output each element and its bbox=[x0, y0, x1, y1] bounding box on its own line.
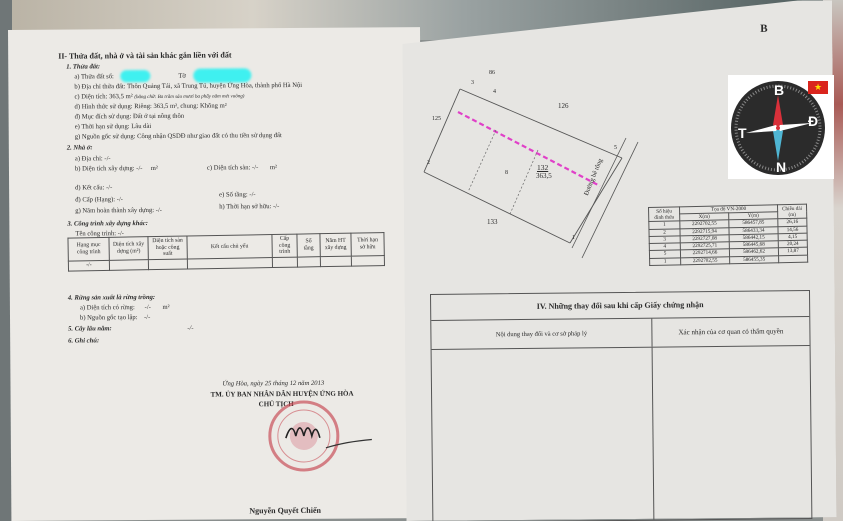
coordinate-table: Số hiệu đỉnh thửa Tọa độ VN-2000 Chiều d… bbox=[648, 204, 808, 266]
land-address: b) Địa chỉ thửa đất: Thôn Quảng Tái, xã … bbox=[74, 82, 302, 91]
changes-col-confirmation: Xác nhận của cơ quan có thẩm quyền bbox=[652, 317, 809, 347]
parcel-area: 363,5 bbox=[536, 172, 552, 180]
house-ownership-term: h) Thời hạn sở hữu: -/- bbox=[219, 203, 279, 210]
neighbor-125: 125 bbox=[432, 116, 441, 122]
land-heading: 1. Thửa đất: bbox=[66, 63, 100, 70]
other-works-heading: 3. Công trình xây dựng khác: bbox=[67, 220, 148, 228]
house-address: a) Địa chỉ: -/- bbox=[75, 155, 111, 162]
point-5: 5 bbox=[614, 145, 617, 151]
notes-heading: 6. Ghi chú: bbox=[68, 337, 99, 344]
changes-title: IV. Những thay đổi sau khi cấp Giấy chứn… bbox=[431, 291, 809, 321]
changes-col-content: Nội dung thay đổi và cơ sở pháp lý bbox=[431, 319, 652, 349]
sign-place-date: Ứng Hòa, ngày 25 tháng 12 năm 2013 bbox=[222, 380, 324, 388]
neighbor-126: 126 bbox=[558, 102, 569, 110]
forest-area: a) Diện tích có rừng: -/- m² bbox=[80, 304, 170, 312]
forest-heading: 4. Rừng sản xuất là rừng trồng: bbox=[68, 294, 155, 302]
compass-west: T bbox=[738, 125, 747, 141]
compass-north: B bbox=[774, 82, 784, 98]
point-4: 4 bbox=[493, 89, 496, 95]
house-floors: e) Số tầng: -/- bbox=[219, 191, 256, 198]
usage-term: e) Thời hạn sử dụng: Lâu dài bbox=[75, 123, 152, 131]
point-3: 3 bbox=[471, 80, 474, 86]
house-grade: đ) Cấp (Hạng): -/- bbox=[75, 196, 123, 203]
point-2: 2 bbox=[427, 160, 430, 166]
section-2-title: II- Thửa đất, nhà ở và tài sản khác gắn … bbox=[58, 50, 231, 60]
house-structure: d) Kết cấu: -/- bbox=[75, 184, 112, 191]
house-build-area: b) Diện tích xây dựng: -/- m² bbox=[75, 165, 158, 173]
house-floor-area: c) Diện tích sàn: -/- m² bbox=[207, 164, 277, 171]
land-area: c) Diện tích: 363,5 m² (bằng chữ: Ba tră… bbox=[74, 92, 244, 100]
compass-south: N bbox=[776, 159, 786, 175]
neighbor-133: 133 bbox=[487, 218, 498, 226]
usage-origin: g) Nguồn gốc sử dụng: Công nhận QSDĐ như… bbox=[75, 132, 282, 140]
neighbor-86: 86 bbox=[489, 70, 495, 76]
compass-east: Đ bbox=[808, 113, 818, 129]
forest-origin: b) Nguồn gốc tạo lập: -/- bbox=[80, 314, 150, 321]
north-label: B bbox=[760, 23, 767, 35]
changes-table: IV. Những thay đổi sau khi cấp Giấy chứn… bbox=[430, 290, 812, 521]
inner-label: 8 bbox=[505, 170, 508, 176]
vietnam-flag-icon: ★ bbox=[808, 81, 828, 94]
parcel-number-label: a) Thửa đất số: bbox=[74, 73, 114, 80]
redacted-parcel-number bbox=[120, 70, 150, 82]
usage-purpose: đ) Mục đích sử dụng: Đất ở tại nông thôn bbox=[75, 113, 184, 121]
parcel-number: 132 bbox=[537, 163, 548, 172]
other-works-table: Hạng mục công trình Diện tích xây dựng (… bbox=[67, 232, 385, 271]
usage-form: d) Hình thức sử dụng: Riêng: 363,5 m², c… bbox=[75, 102, 227, 110]
certificate-left-page: II- Thửa đất, nhà ở và tài sản khác gắn … bbox=[8, 27, 423, 521]
house-heading: 2. Nhà ở: bbox=[67, 144, 93, 151]
redacted-map-sheet bbox=[193, 68, 251, 82]
official-seal-icon bbox=[266, 395, 377, 476]
changes-content-cell bbox=[432, 348, 655, 521]
house-year-done: g) Năm hoàn thành xây dựng: -/- bbox=[75, 207, 162, 215]
map-sheet-label: Tờ bbox=[178, 73, 186, 80]
perennial-heading: 5. Cây lâu năm: -/- bbox=[68, 325, 194, 333]
signer-name: Nguyễn Quyết Chiến bbox=[249, 506, 321, 515]
point-1: 1 bbox=[572, 235, 575, 241]
